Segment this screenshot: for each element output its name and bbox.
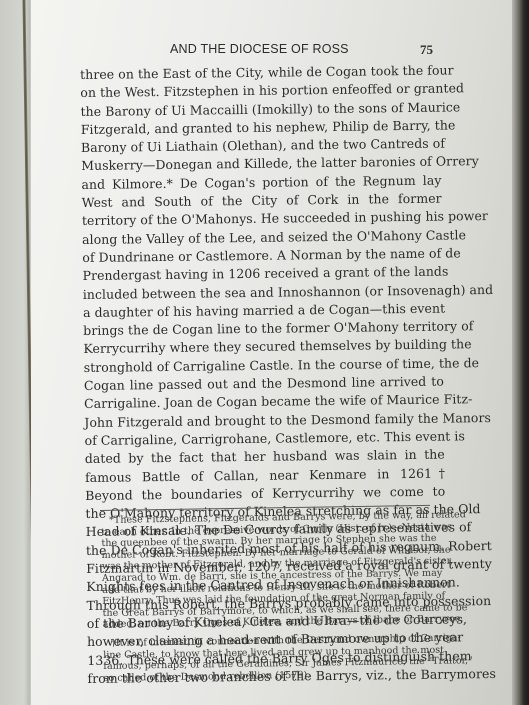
footnotes: *These Fitzstephens, Fitzgeralds and Bar… [101, 510, 436, 685]
running-head: AND THE DIOCESE OF ROSS [170, 42, 349, 56]
page-shadow-edge [512, 0, 529, 705]
page-number: 75 [420, 42, 433, 58]
